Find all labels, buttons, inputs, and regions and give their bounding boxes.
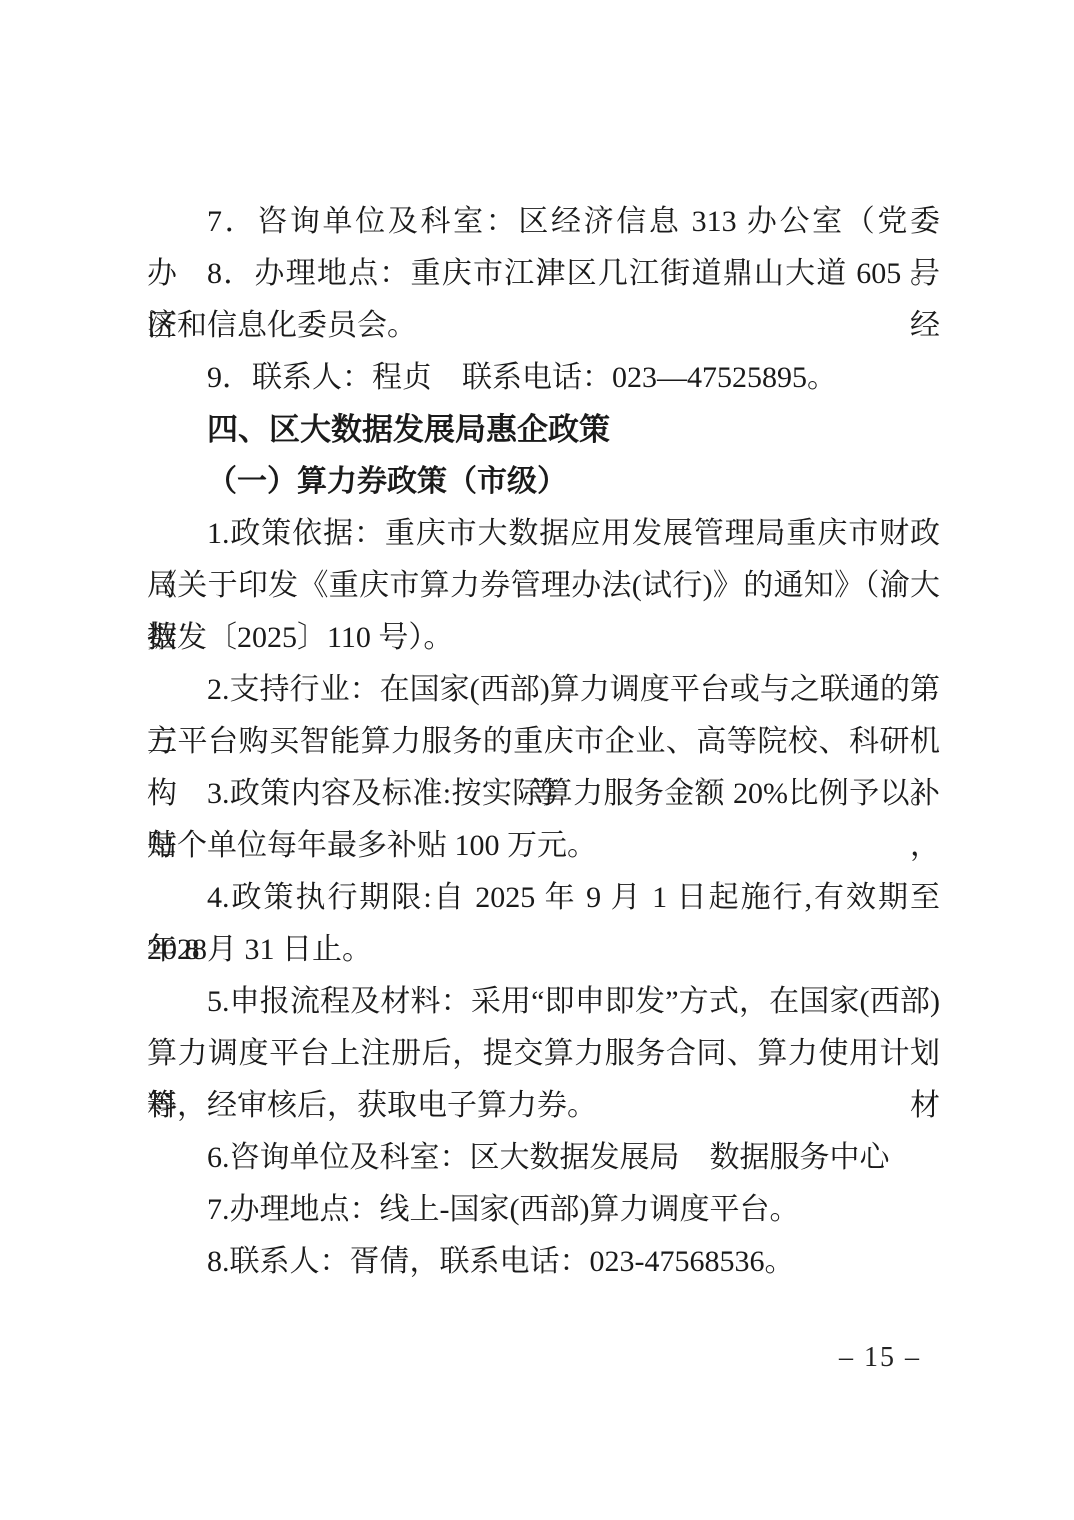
text-line: 7.办理地点：线上-国家(西部)算力调度平台。 [147, 1184, 940, 1236]
text-lines: 7．咨询单位及科室：区经济信息 313 办公室（党委办）。8．办理地点：重庆市江… [147, 196, 940, 1288]
text-line: 5.申报流程及材料：采用“即申即发”方式，在国家(西部) [147, 976, 940, 1028]
text-line: 方平台购买智能算力服务的重庆市企业、高等院校、科研机构等。 [147, 716, 940, 768]
section-heading: 四、区大数据发展局惠企政策 [147, 404, 940, 456]
text-line: 6.咨询单位及科室：区大数据发展局 数据服务中心 [147, 1132, 940, 1184]
text-line: 算力调度平台上注册后，提交算力服务合同、算力使用计划等材 [147, 1028, 940, 1080]
text-line: 7．咨询单位及科室：区经济信息 313 办公室（党委办）。 [147, 196, 940, 248]
subsection-heading: （一）算力券政策（市级） [147, 456, 940, 508]
text-line: 1.政策依据：重庆市大数据应用发展管理局重庆市财政局 [147, 508, 940, 560]
text-line: 据发〔2025〕110 号）。 [147, 612, 940, 664]
text-line: 《关于印发《重庆市算力券管理办法(试行)》的通知》（渝大数 [147, 560, 940, 612]
text-line: 8．办理地点：重庆市江津区几江街道鼎山大道 605 号区经 [147, 248, 940, 300]
text-line: 8.联系人：胥倩，联系电话：023-47568536。 [147, 1236, 940, 1288]
text-line: 9．联系人：程贞 联系电话：023—47525895。 [147, 352, 940, 404]
text-line: 年 8 月 31 日止。 [147, 924, 940, 976]
text-line: 4.政策执行期限:自 2025 年 9 月 1 日起施行,有效期至 2028 [147, 872, 940, 924]
text-line: 3.政策内容及标准:按实际算力服务金额 20%比例予以补贴， [147, 768, 940, 820]
page-number: – 15 – [800, 1336, 960, 1380]
text-line: 2.支持行业：在国家(西部)算力调度平台或与之联通的第三 [147, 664, 940, 716]
document-page: 7．咨询单位及科室：区经济信息 313 办公室（党委办）。8．办理地点：重庆市江… [0, 0, 1074, 1520]
